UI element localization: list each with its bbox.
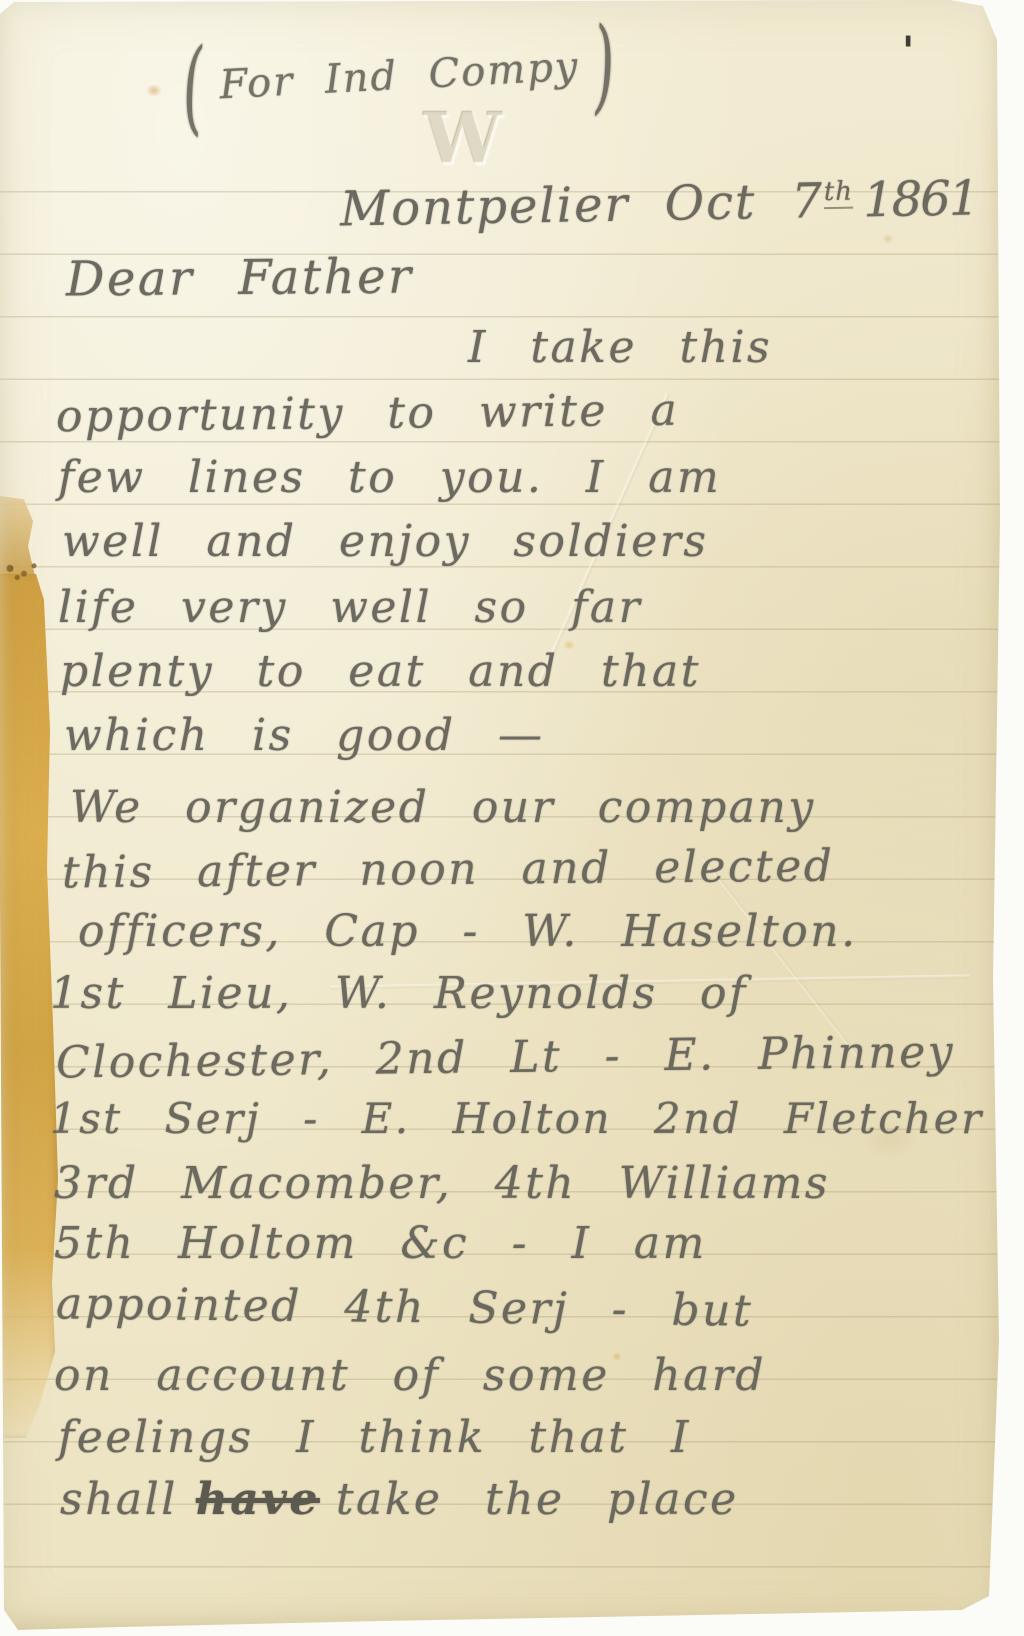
- tape-residue-specks: [2, 558, 42, 584]
- embossed-monogram: W: [424, 104, 503, 174]
- line-segment: shall: [60, 1474, 178, 1525]
- body-line: appointed 4th Serj - but: [56, 1282, 754, 1333]
- dateline: Montpelier Oct 7th1861: [340, 174, 978, 233]
- dateline-place-date: Montpelier Oct 7: [340, 173, 825, 237]
- body-line: plenty to eat and that: [60, 650, 701, 694]
- stray-pencil-mark: ': [902, 28, 914, 75]
- annotation-text: For Ind Compy: [218, 44, 580, 109]
- body-line: this after noon and elected: [62, 845, 835, 896]
- tape-stain-upper: [0, 496, 36, 580]
- annotation-close-paren: ): [591, 14, 619, 118]
- body-line-with-strikeout: shallhavetake the place: [60, 1478, 739, 1522]
- body-line: 5th Holtom &c - I am: [54, 1222, 707, 1266]
- body-line: life very well so far: [58, 586, 642, 630]
- body-line: which is good —: [64, 714, 544, 758]
- body-line: 3rd Macomber, 4th Williams: [54, 1162, 830, 1206]
- body-line: 1st Serj - E. Holton 2nd Fletcher: [50, 1098, 984, 1140]
- line-segment: take the place: [336, 1474, 739, 1525]
- header-annotation: (For Ind Compy): [167, 32, 632, 110]
- struck-word: have: [196, 1474, 320, 1525]
- body-line: Clochester, 2nd Lt - E. Phinney: [56, 1031, 956, 1086]
- body-line: officers, Cap - W. Haselton.: [78, 910, 858, 954]
- annotation-open-paren: (: [180, 36, 208, 140]
- body-line: I take this: [468, 326, 772, 370]
- letter-page: (For Ind Compy) W ' Montpelier Oct 7th18…: [0, 0, 1006, 1632]
- body-line: feelings I think that I: [58, 1416, 691, 1460]
- body-line: few lines to you. I am: [58, 456, 721, 500]
- foxing-spot: [882, 234, 894, 244]
- foxing-spot: [146, 84, 162, 97]
- body-line: We organized our company: [70, 786, 816, 830]
- salutation: Dear Father: [66, 252, 414, 303]
- dateline-year: 1861: [863, 170, 978, 228]
- scan-background: (For Ind Compy) W ' Montpelier Oct 7th18…: [0, 0, 1024, 1636]
- body-line: 1st Lieu, W. Reynolds of: [50, 972, 748, 1016]
- body-line: well and enjoy soldiers: [62, 520, 708, 564]
- body-line: opportunity to write a: [56, 389, 680, 440]
- body-line: on account of some hard: [54, 1354, 766, 1398]
- dateline-ordinal: th: [824, 177, 854, 210]
